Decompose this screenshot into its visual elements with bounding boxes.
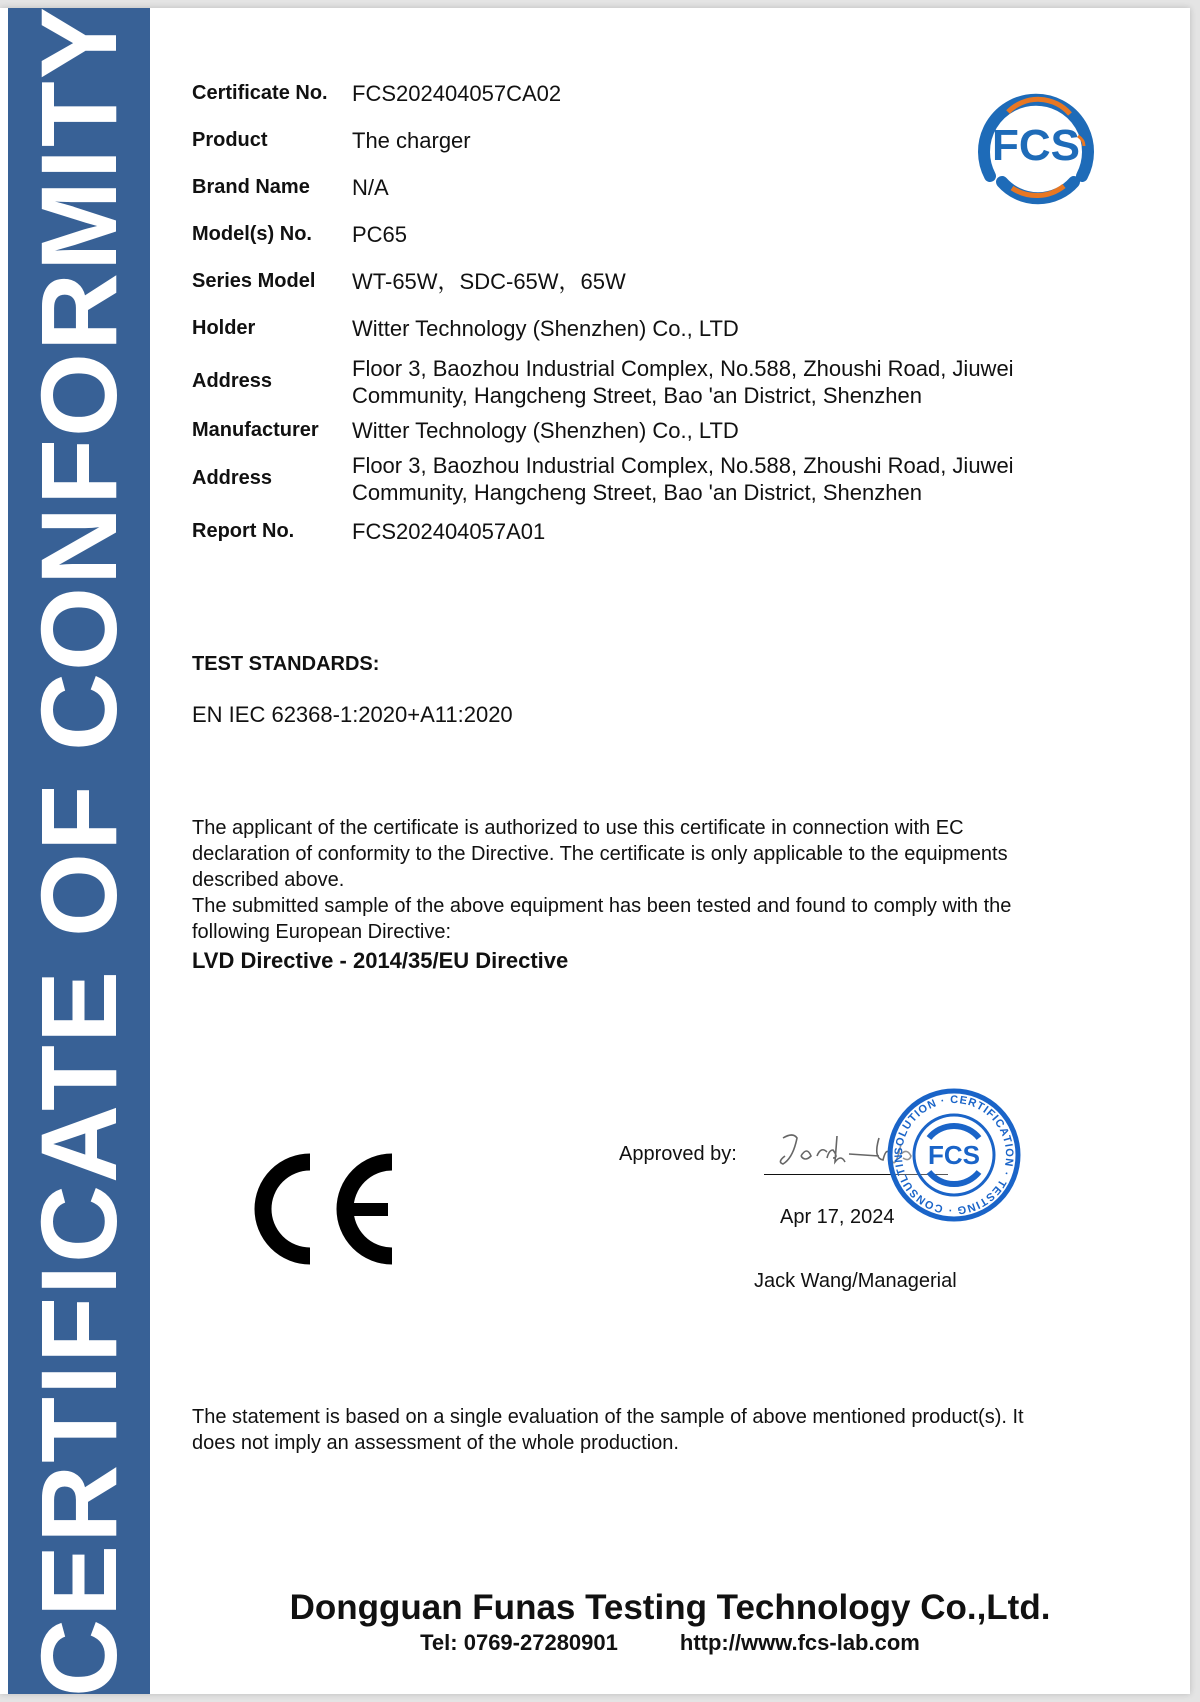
field-row: Brand NameN/A bbox=[192, 164, 1092, 211]
field-value: Witter Technology (Shenzhen) Co., LTD bbox=[352, 315, 739, 342]
field-row: ProductThe charger bbox=[192, 117, 1092, 164]
text-line: does not imply an assessment of the whol… bbox=[192, 1430, 1122, 1456]
field-label: Certificate No. bbox=[192, 82, 352, 105]
field-value: Floor 3, Baozhou Industrial Complex, No.… bbox=[352, 452, 1014, 506]
text-line: described above. bbox=[192, 867, 1112, 893]
field-row: AddressFloor 3, Baozhou Industrial Compl… bbox=[192, 449, 1092, 508]
approval-date: Apr 17, 2024 bbox=[780, 1206, 895, 1229]
issuer-contact: Tel: 0769-27280901http://www.fcs-lab.com bbox=[150, 1630, 1190, 1656]
field-value: FCS202404057CA02 bbox=[352, 80, 561, 107]
field-row: Series ModelWT-65W，SDC-65W，65W bbox=[192, 258, 1092, 305]
field-value-line: Floor 3, Baozhou Industrial Complex, No.… bbox=[352, 355, 1014, 382]
field-value: The charger bbox=[352, 127, 471, 154]
field-label: Brand Name bbox=[192, 176, 352, 199]
field-label: Manufacturer bbox=[192, 419, 352, 442]
field-label: Holder bbox=[192, 317, 352, 340]
test-standards-heading: TEST STANDARDS: bbox=[192, 653, 379, 676]
field-label: Report No. bbox=[192, 520, 352, 543]
field-value: FCS202404057A01 bbox=[352, 518, 545, 545]
field-label: Product bbox=[192, 129, 352, 152]
text-line: declaration of conformity to the Directi… bbox=[192, 841, 1112, 867]
field-value: Witter Technology (Shenzhen) Co., LTD bbox=[352, 417, 739, 444]
side-title: CERTIFICATE OF CONFORMITY bbox=[25, 8, 133, 1694]
certificate-page: CERTIFICATE OF CONFORMITY Certificate No… bbox=[0, 8, 1190, 1694]
directive: LVD Directive - 2014/35/EU Directive bbox=[192, 948, 568, 974]
field-row: AddressFloor 3, Baozhou Industrial Compl… bbox=[192, 352, 1092, 411]
field-label: Address bbox=[192, 370, 352, 393]
svg-text:FCS: FCS bbox=[928, 1140, 980, 1170]
field-value: PC65 bbox=[352, 221, 407, 248]
field-row: HolderWitter Technology (Shenzhen) Co., … bbox=[192, 305, 1092, 352]
field-value-line: Floor 3, Baozhou Industrial Complex, No.… bbox=[352, 452, 1014, 479]
field-row: ManufacturerWitter Technology (Shenzhen)… bbox=[192, 411, 1092, 449]
text-line: following European Directive: bbox=[192, 919, 1112, 945]
field-row: Certificate No.FCS202404057CA02 bbox=[192, 70, 1092, 117]
text-line: The statement is based on a single evalu… bbox=[192, 1404, 1122, 1430]
test-standards-value: EN IEC 62368-1:2020+A11:2020 bbox=[192, 702, 513, 728]
approver-name: Jack Wang/Managerial bbox=[754, 1270, 957, 1293]
issuer-tel: Tel: 0769-27280901 bbox=[420, 1630, 618, 1655]
field-value: WT-65W，SDC-65W，65W bbox=[352, 268, 626, 295]
text-line: The submitted sample of the above equipm… bbox=[192, 893, 1112, 919]
ce-mark-icon bbox=[248, 1148, 400, 1270]
issuer-website-link[interactable]: http://www.fcs-lab.com bbox=[680, 1630, 920, 1655]
field-label: Series Model bbox=[192, 270, 352, 293]
field-value-line: Community, Hangcheng Street, Bao 'an Dis… bbox=[352, 382, 1014, 409]
field-label: Model(s) No. bbox=[192, 223, 352, 246]
field-row: Model(s) No.PC65 bbox=[192, 211, 1092, 258]
fcs-logo-icon: FCS bbox=[968, 78, 1104, 214]
field-value: N/A bbox=[352, 174, 389, 201]
text-line: The applicant of the certificate is auth… bbox=[192, 815, 1112, 841]
disclaimer: The statement is based on a single evalu… bbox=[192, 1404, 1122, 1456]
field-row: Report No.FCS202404057A01 bbox=[192, 508, 1092, 555]
side-title-band: CERTIFICATE OF CONFORMITY bbox=[8, 8, 150, 1694]
certificate-fields: Certificate No.FCS202404057CA02ProductTh… bbox=[192, 70, 1092, 555]
fcs-stamp-icon: SOLUTION · CERTIFICATION · TESTING · CON… bbox=[885, 1086, 1023, 1224]
field-value-line: Community, Hangcheng Street, Bao 'an Dis… bbox=[352, 479, 1014, 506]
authorization-statement: The applicant of the certificate is auth… bbox=[192, 815, 1112, 945]
svg-text:FCS: FCS bbox=[992, 121, 1080, 170]
issuer-name: Dongguan Funas Testing Technology Co.,Lt… bbox=[150, 1588, 1190, 1628]
field-value: Floor 3, Baozhou Industrial Complex, No.… bbox=[352, 355, 1014, 409]
approved-by-label: Approved by: bbox=[619, 1143, 737, 1166]
field-label: Address bbox=[192, 467, 352, 490]
